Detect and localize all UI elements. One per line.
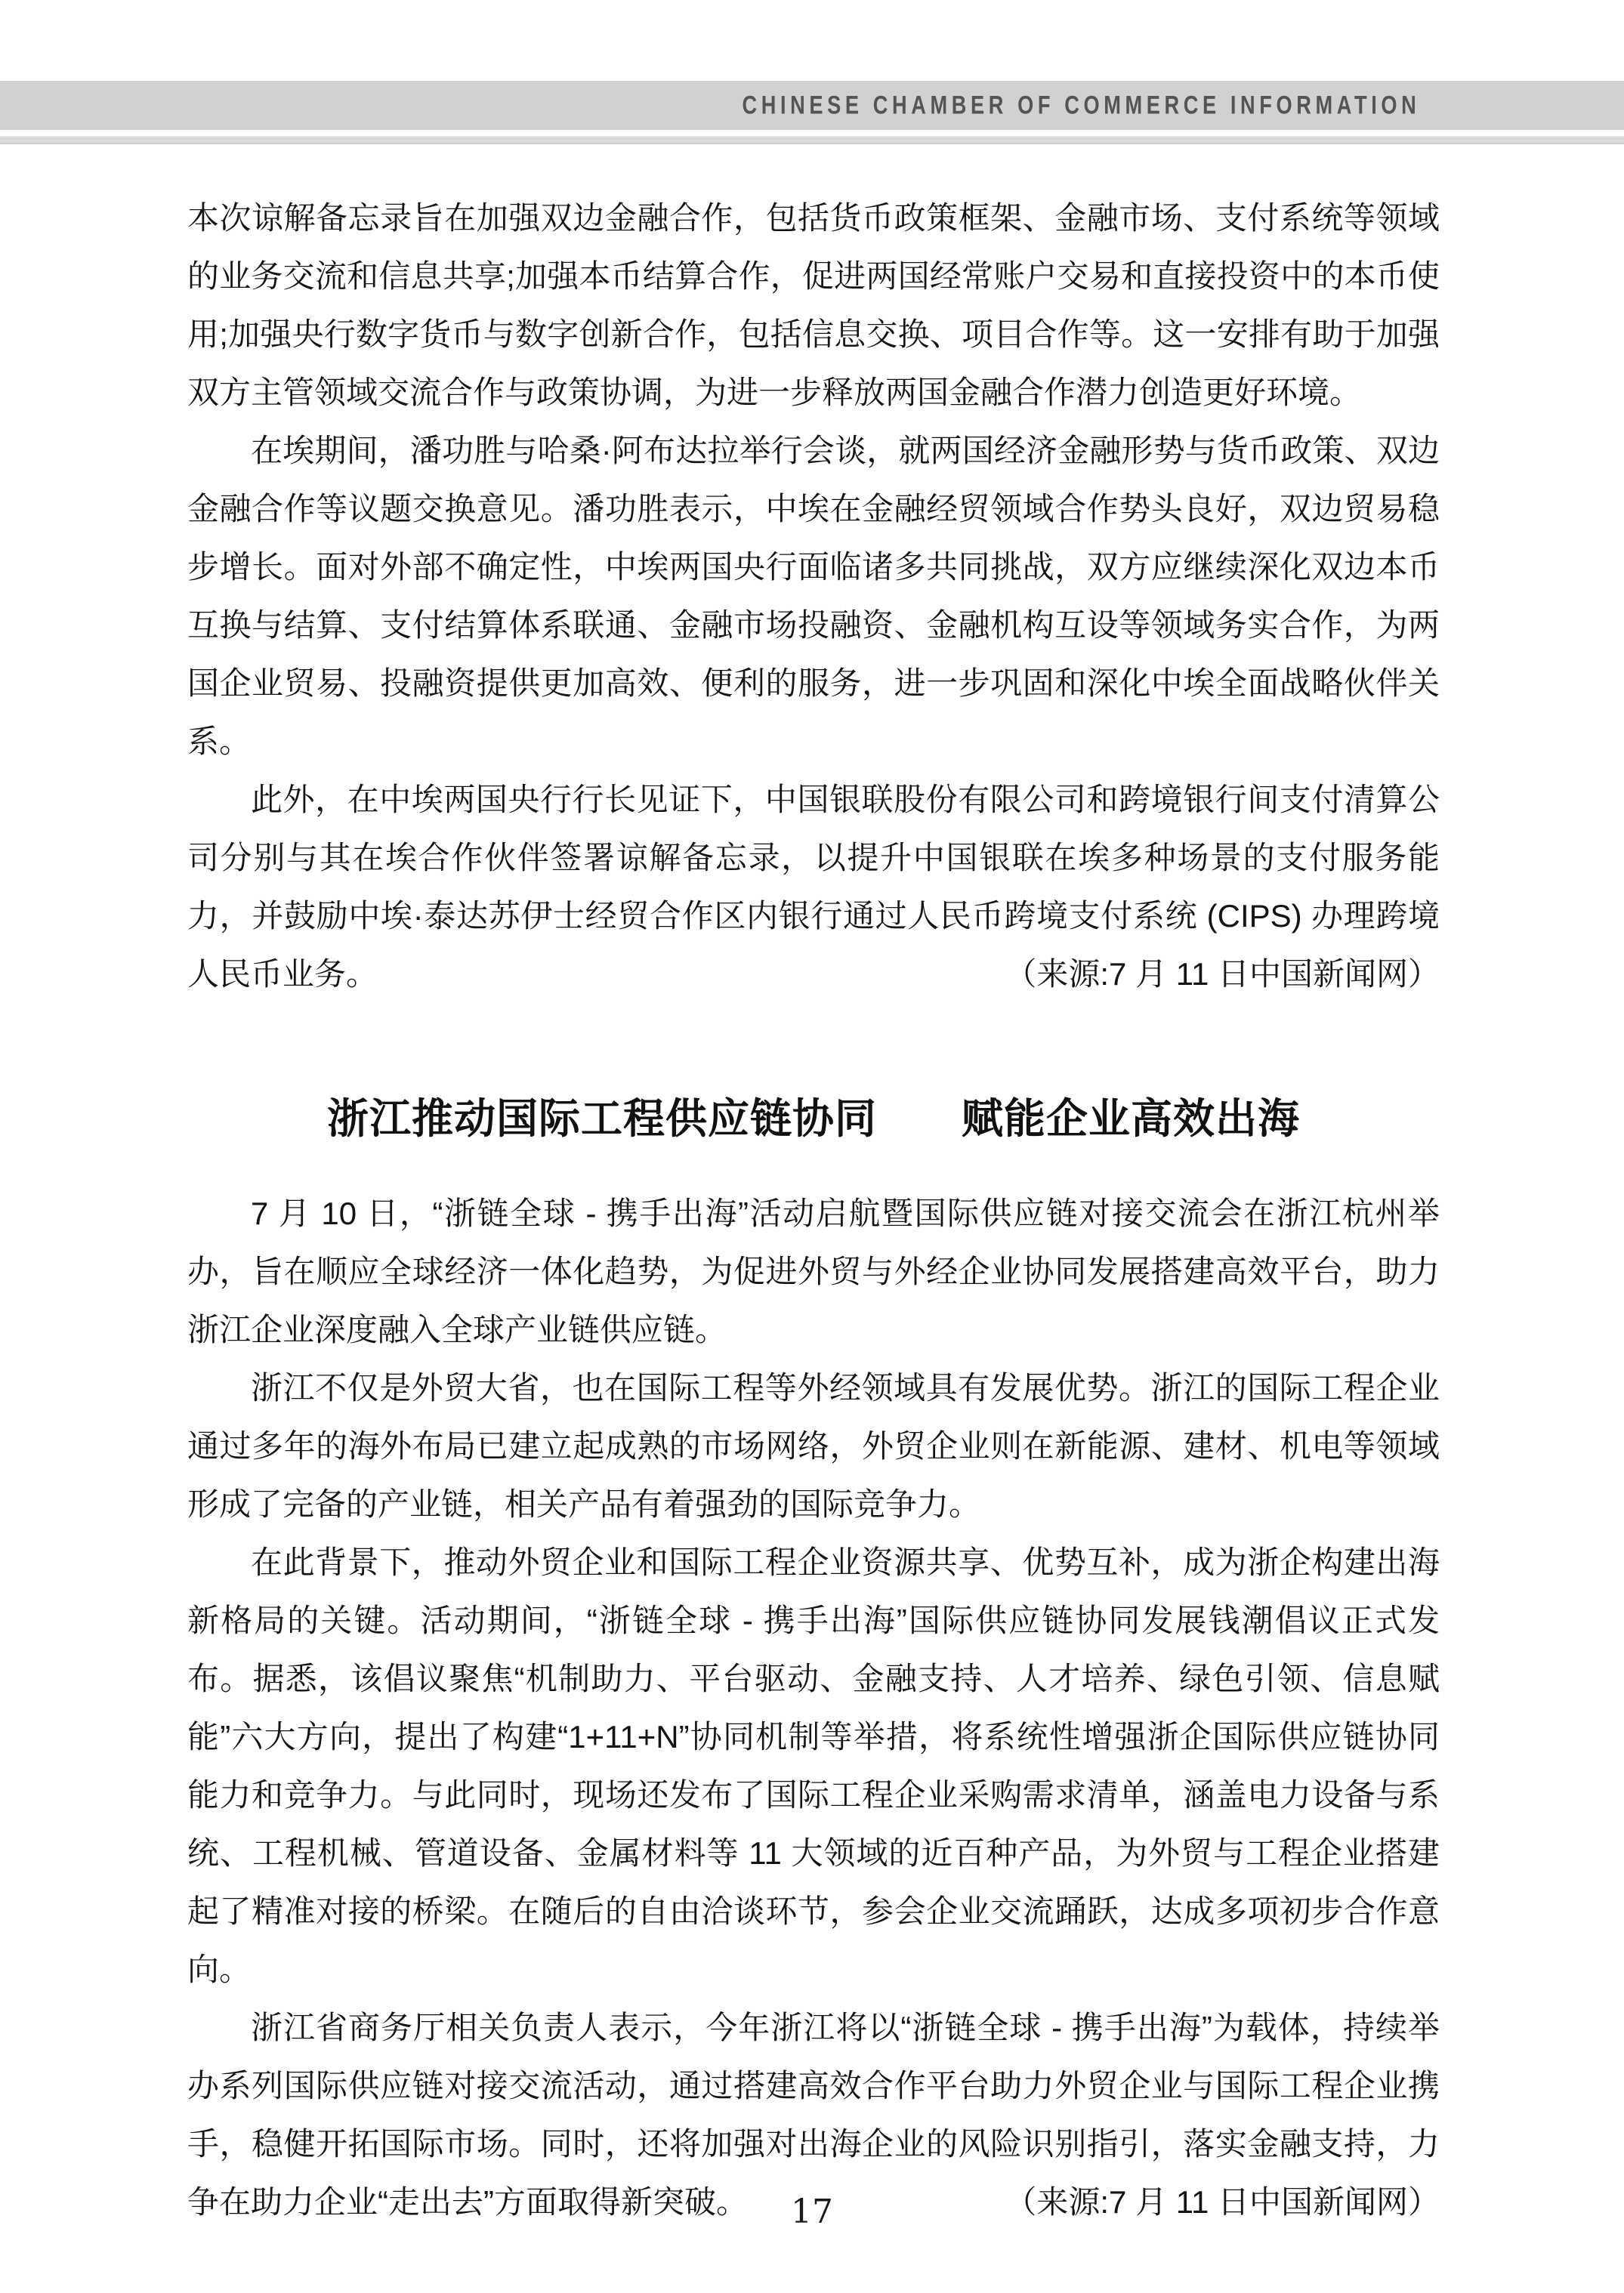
source-citation: （来源:7 月 11 日中国新闻网） <box>941 945 1440 1003</box>
document-page: CHINESE CHAMBER OF COMMERCE INFORMATION … <box>0 0 1624 2293</box>
paragraph: 本次谅解备忘录旨在加强双边金融合作，包括货币政策框架、金融市场、支付系统等领域的… <box>187 189 1440 421</box>
article-memorandum: 本次谅解备忘录旨在加强双边金融合作，包括货币政策框架、金融市场、支付系统等领域的… <box>187 189 1440 1003</box>
header-band-title: CHINESE CHAMBER OF COMMERCE INFORMATION <box>742 91 1420 120</box>
paragraph: 7 月 10 日，“浙链全球 - 携手出海”活动启航暨国际供应链对接交流会在浙江… <box>187 1184 1440 1359</box>
header-band: CHINESE CHAMBER OF COMMERCE INFORMATION <box>0 81 1624 130</box>
article-title: 浙江推动国际工程供应链协同 赋能企业高效出海 <box>187 1090 1440 1148</box>
paragraph: 浙江不仅是外贸大省，也在国际工程等外经领域具有发展优势。浙江的国际工程企业通过多… <box>187 1359 1440 1533</box>
header-rule <box>0 136 1624 144</box>
paragraph: 在埃期间，潘功胜与哈桑·阿布达拉举行会谈，就两国经济金融形势与货币政策、双边金融… <box>187 421 1440 770</box>
article-zhejiang: 浙江推动国际工程供应链协同 赋能企业高效出海 7 月 10 日，“浙链全球 - … <box>187 1090 1440 2231</box>
page-content: 本次谅解备忘录旨在加强双边金融合作，包括货币政策框架、金融市场、支付系统等领域的… <box>187 189 1440 2231</box>
paragraph: 在此背景下，推动外贸企业和国际工程企业资源共享、优势互补，成为浙企构建出海新格局… <box>187 1533 1440 1998</box>
paragraph: 此外，在中埃两国央行行长见证下，中国银联股份有限公司和跨境银行间支付清算公司分别… <box>187 770 1440 1003</box>
page-number: 17 <box>0 2193 1624 2231</box>
